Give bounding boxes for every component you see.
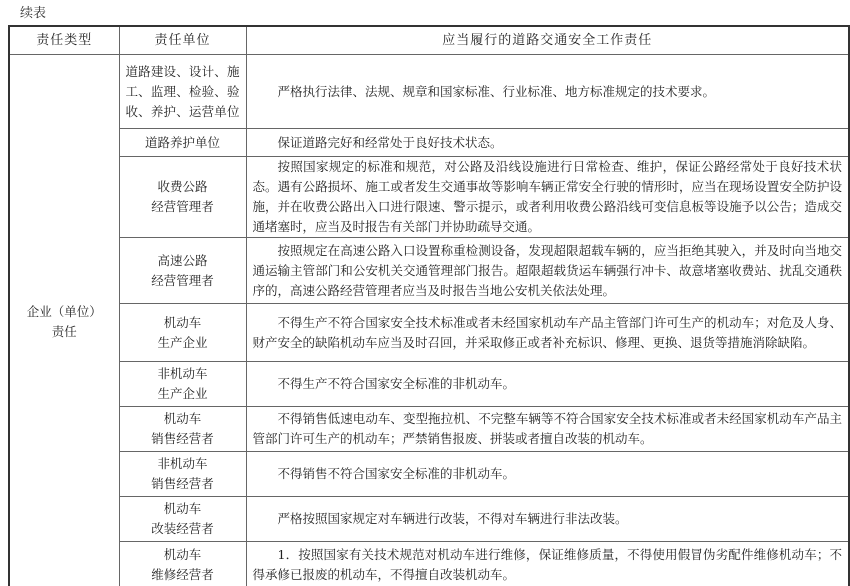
duty-cell: 保证道路完好和经常处于良好技术状态。 — [246, 129, 849, 157]
unit-line: 经营管理者 — [126, 197, 240, 217]
unit-cell: 机动车 维修经营者 — [119, 542, 246, 586]
duty-cell: 不得销售不符合国家安全标准的非机动车。 — [246, 452, 849, 497]
duty-text: 不得销售低速电动车、变型拖拉机、不完整车辆等不符合国家安全技术标准或者未经国家机… — [253, 409, 843, 449]
responsibility-type-cell: 企业（单位） 责任 — [9, 55, 119, 586]
unit-cell: 收费公路 经营管理者 — [119, 157, 246, 238]
table-row: 道路养护单位 保证道路完好和经常处于良好技术状态。 — [9, 129, 849, 157]
duty-text: 严格执行法律、法规、规章和国家标准、行业标准、地方标准规定的技术要求。 — [253, 82, 843, 102]
unit-line: 维修经营者 — [126, 565, 240, 585]
unit-line: 生产企业 — [126, 333, 240, 353]
duty-cell: 不得生产不符合国家安全技术标准或者未经国家机动车产品主管部门许可生产的机动车；对… — [246, 304, 849, 362]
table-row: 收费公路 经营管理者 按照国家规定的标准和规范，对公路及沿线设施进行日常检查、维… — [9, 157, 849, 238]
table-row: 企业（单位） 责任 道路建设、设计、施 工、监理、检验、验 收、养护、运营单位 … — [9, 55, 849, 129]
duty-text: 不得销售不符合国家安全标准的非机动车。 — [253, 464, 843, 484]
table-row: 高速公路 经营管理者 按照规定在高速公路入口设置称重检测设备，发现超限超载车辆的… — [9, 238, 849, 304]
table-caption: 续表 — [20, 2, 46, 21]
unit-cell: 机动车 销售经营者 — [119, 407, 246, 452]
duty-text: 不得生产不符合国家安全技术标准或者未经国家机动车产品主管部门许可生产的机动车；对… — [253, 313, 843, 353]
responsibility-table: 责任类型 责任单位 应当履行的道路交通安全工作责任 企业（单位） 责任 道路建设… — [8, 25, 850, 586]
unit-line: 道路养护单位 — [126, 133, 240, 153]
unit-line: 改装经营者 — [126, 519, 240, 539]
duty-cell: 按照规定在高速公路入口设置称重检测设备，发现超限超载车辆的，应当拒绝其驶入，并及… — [246, 238, 849, 304]
unit-line: 机动车 — [126, 313, 240, 333]
unit-cell: 机动车 改装经营者 — [119, 497, 246, 542]
unit-cell: 道路养护单位 — [119, 129, 246, 157]
table-row: 非机动车 生产企业 不得生产不符合国家安全标准的非机动车。 — [9, 362, 849, 407]
header-duties: 应当履行的道路交通安全工作责任 — [246, 26, 849, 55]
unit-cell: 非机动车 销售经营者 — [119, 452, 246, 497]
table-row: 非机动车 销售经营者 不得销售不符合国家安全标准的非机动车。 — [9, 452, 849, 497]
table-row: 机动车 维修经营者 1．按照国家有关技术规范对机动车进行维修，保证维修质量，不得… — [9, 542, 849, 586]
unit-line: 非机动车 — [126, 364, 240, 384]
table-row: 机动车 改装经营者 严格按照国家规定对车辆进行改装，不得对车辆进行非法改装。 — [9, 497, 849, 542]
unit-line: 机动车 — [126, 409, 240, 429]
unit-line: 工、监理、检验、验 — [126, 82, 240, 102]
responsibility-type-line: 企业（单位） — [16, 302, 113, 322]
unit-line: 高速公路 — [126, 251, 240, 271]
unit-line: 收费公路 — [126, 177, 240, 197]
unit-line: 机动车 — [126, 545, 240, 565]
duty-cell: 严格按照国家规定对车辆进行改装，不得对车辆进行非法改装。 — [246, 497, 849, 542]
unit-line: 收、养护、运营单位 — [126, 102, 240, 122]
unit-cell: 非机动车 生产企业 — [119, 362, 246, 407]
duty-cell: 不得生产不符合国家安全标准的非机动车。 — [246, 362, 849, 407]
unit-line: 销售经营者 — [126, 429, 240, 449]
duty-text: 保证道路完好和经常处于良好技术状态。 — [253, 133, 843, 153]
unit-line: 道路建设、设计、施 — [126, 62, 240, 82]
unit-cell: 高速公路 经营管理者 — [119, 238, 246, 304]
duty-cell: 不得销售低速电动车、变型拖拉机、不完整车辆等不符合国家安全技术标准或者未经国家机… — [246, 407, 849, 452]
unit-cell: 道路建设、设计、施 工、监理、检验、验 收、养护、运营单位 — [119, 55, 246, 129]
unit-cell: 机动车 生产企业 — [119, 304, 246, 362]
duty-text: 不得生产不符合国家安全标准的非机动车。 — [253, 374, 843, 394]
duty-cell: 严格执行法律、法规、规章和国家标准、行业标准、地方标准规定的技术要求。 — [246, 55, 849, 129]
duty-text: 按照规定在高速公路入口设置称重检测设备，发现超限超载车辆的，应当拒绝其驶入，并及… — [253, 241, 843, 301]
unit-line: 生产企业 — [126, 384, 240, 404]
unit-line: 销售经营者 — [126, 474, 240, 494]
table-row: 机动车 销售经营者 不得销售低速电动车、变型拖拉机、不完整车辆等不符合国家安全技… — [9, 407, 849, 452]
header-responsibility-type: 责任类型 — [9, 26, 119, 55]
duty-text: 按照国家规定的标准和规范，对公路及沿线设施进行日常检查、维护，保证公路经常处于良… — [253, 157, 843, 237]
unit-line: 经营管理者 — [126, 271, 240, 291]
duty-text: 1．按照国家有关技术规范对机动车进行维修，保证维修质量，不得使用假冒伪劣配件维修… — [253, 545, 843, 585]
duty-text: 严格按照国家规定对车辆进行改装，不得对车辆进行非法改装。 — [253, 509, 843, 529]
table-header-row: 责任类型 责任单位 应当履行的道路交通安全工作责任 — [9, 26, 849, 55]
unit-line: 机动车 — [126, 499, 240, 519]
header-responsible-unit: 责任单位 — [119, 26, 246, 55]
table-row: 机动车 生产企业 不得生产不符合国家安全技术标准或者未经国家机动车产品主管部门许… — [9, 304, 849, 362]
unit-line: 非机动车 — [126, 454, 240, 474]
duty-cell: 按照国家规定的标准和规范，对公路及沿线设施进行日常检查、维护，保证公路经常处于良… — [246, 157, 849, 238]
duty-cell: 1．按照国家有关技术规范对机动车进行维修，保证维修质量，不得使用假冒伪劣配件维修… — [246, 542, 849, 586]
responsibility-type-line: 责任 — [16, 322, 113, 342]
